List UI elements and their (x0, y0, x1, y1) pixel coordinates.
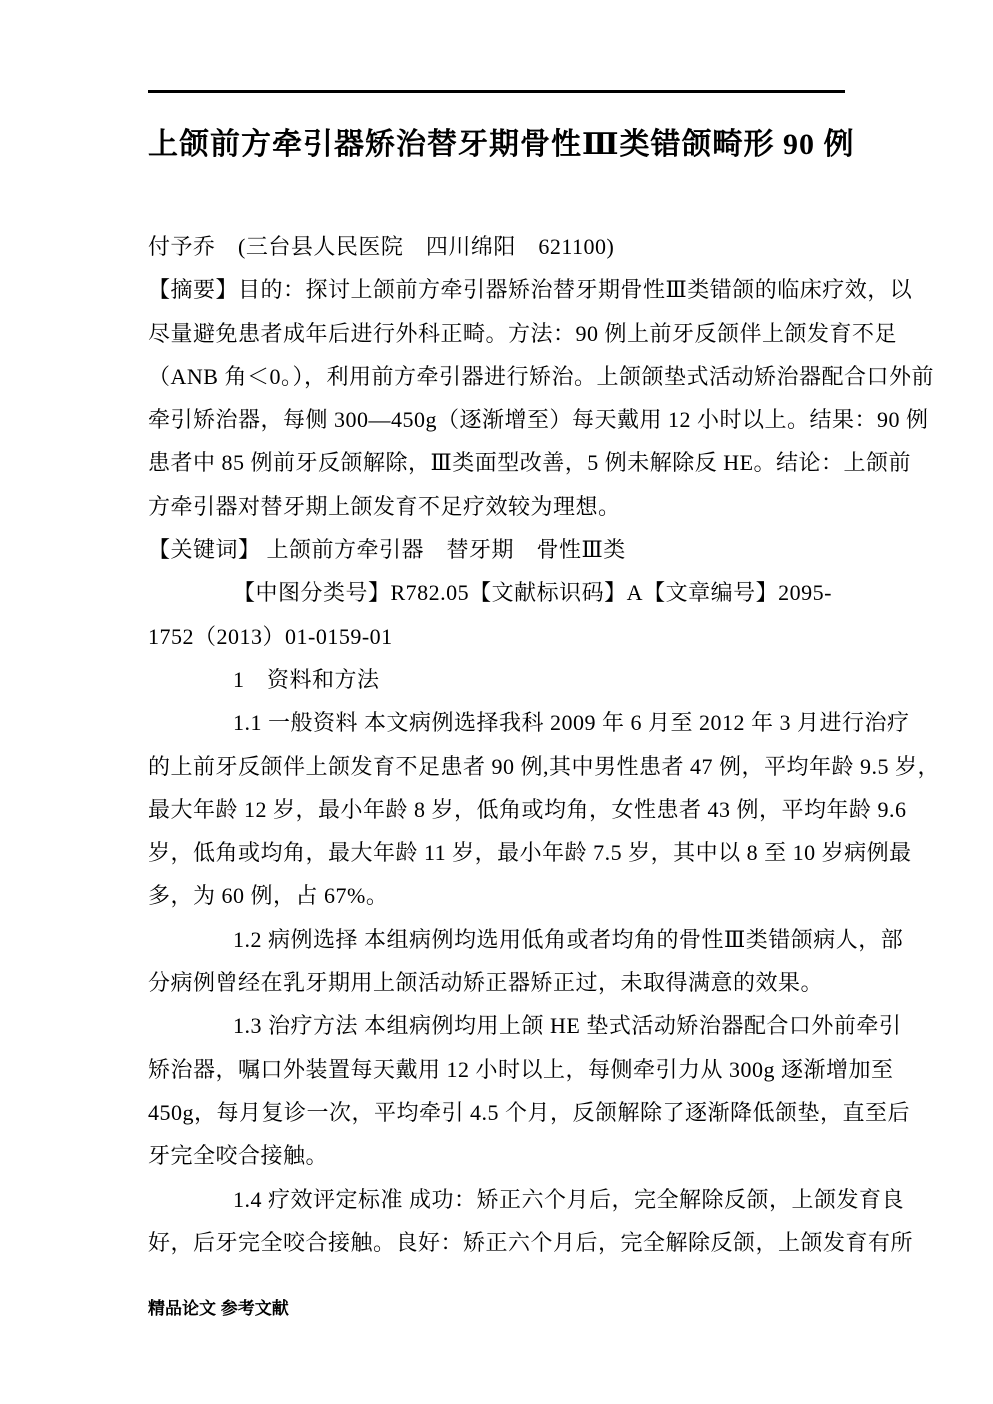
document-page: { "colors": { "background": "#ffffff", "… (0, 0, 993, 1404)
text-line: 方牵引器对替牙期上颌发育不足疗效较为理想。 (148, 485, 848, 528)
footer-watermark: 精品论文 参考文献 (148, 1297, 289, 1321)
text-line: 牵引矫治器，每侧 300—450g（逐渐增至）每天戴用 12 小时以上。结果：9… (148, 398, 848, 441)
text-line-heading: 1 资料和方法 (148, 658, 848, 701)
text-line: 1752（2013）01-0159-01 (148, 615, 848, 658)
text-line: 1.4 疗效评定标准 成功：矫正六个月后，完全解除反颌，上颌发育良 (148, 1178, 848, 1221)
text-line: 的上前牙反颌伴上颌发育不足患者 90 例,其中男性患者 47 例，平均年龄 9.… (148, 745, 848, 788)
text-line: 1.2 病例选择 本组病例均选用低角或者均角的骨性Ⅲ类错颌病人，部 (148, 918, 848, 961)
text-line-abstract: 【摘要】目的：探讨上颌前方牵引器矫治替牙期骨性Ⅲ类错颌的临床疗效，以 (148, 268, 848, 311)
text-line: 矫治器，嘱口外装置每天戴用 12 小时以上，每侧牵引力从 300g 逐渐增加至 (148, 1048, 848, 1091)
text-line: 分病例曾经在乳牙期用上颌活动矫正器矫正过，未取得满意的效果。 (148, 961, 848, 1004)
header-rule (148, 90, 845, 93)
text-line: （ANB 角＜0。），利用前方牵引器进行矫治。上颌颌垫式活动矫治器配合口外前 (148, 355, 848, 398)
document-title: 上颌前方牵引器矫治替牙期骨性Ⅲ类错颌畸形 90 例 (148, 122, 845, 168)
text-line: 多，为 60 例，占 67%。 (148, 874, 848, 917)
text-line: 牙完全咬合接触。 (148, 1134, 848, 1177)
text-line-author: 付予乔 (三台县人民医院 四川绵阳 621100) (148, 225, 848, 268)
text-line: 1.3 治疗方法 本组病例均用上颌 HE 垫式活动矫治器配合口外前牵引 (148, 1004, 848, 1047)
text-line: 最大年龄 12 岁，最小年龄 8 岁，低角或均角，女性患者 43 例，平均年龄 … (148, 788, 848, 831)
text-line: 患者中 85 例前牙反颌解除，Ⅲ类面型改善，5 例未解除反 HE。结论：上颌前 (148, 441, 848, 484)
document-body: 付予乔 (三台县人民医院 四川绵阳 621100) 【摘要】目的：探讨上颌前方牵… (148, 225, 848, 1264)
text-line-clc: 【中图分类号】R782.05【文献标识码】A【文章编号】2095- (148, 571, 848, 614)
text-line: 1.1 一般资料 本文病例选择我科 2009 年 6 月至 2012 年 3 月… (148, 701, 848, 744)
text-line: 450g，每月复诊一次，平均牵引 4.5 个月，反颌解除了逐渐降低颌垫，直至后 (148, 1091, 848, 1134)
text-line: 尽量避免患者成年后进行外科正畸。方法：90 例上前牙反颌伴上颌发育不足 (148, 312, 848, 355)
text-line: 好，后牙完全咬合接触。良好：矫正六个月后，完全解除反颌，上颌发育有所 (148, 1221, 848, 1264)
text-line-keywords: 【关键词】 上颌前方牵引器 替牙期 骨性Ⅲ类 (148, 528, 848, 571)
text-line: 岁，低角或均角，最大年龄 11 岁，最小年龄 7.5 岁，其中以 8 至 10 … (148, 831, 848, 874)
